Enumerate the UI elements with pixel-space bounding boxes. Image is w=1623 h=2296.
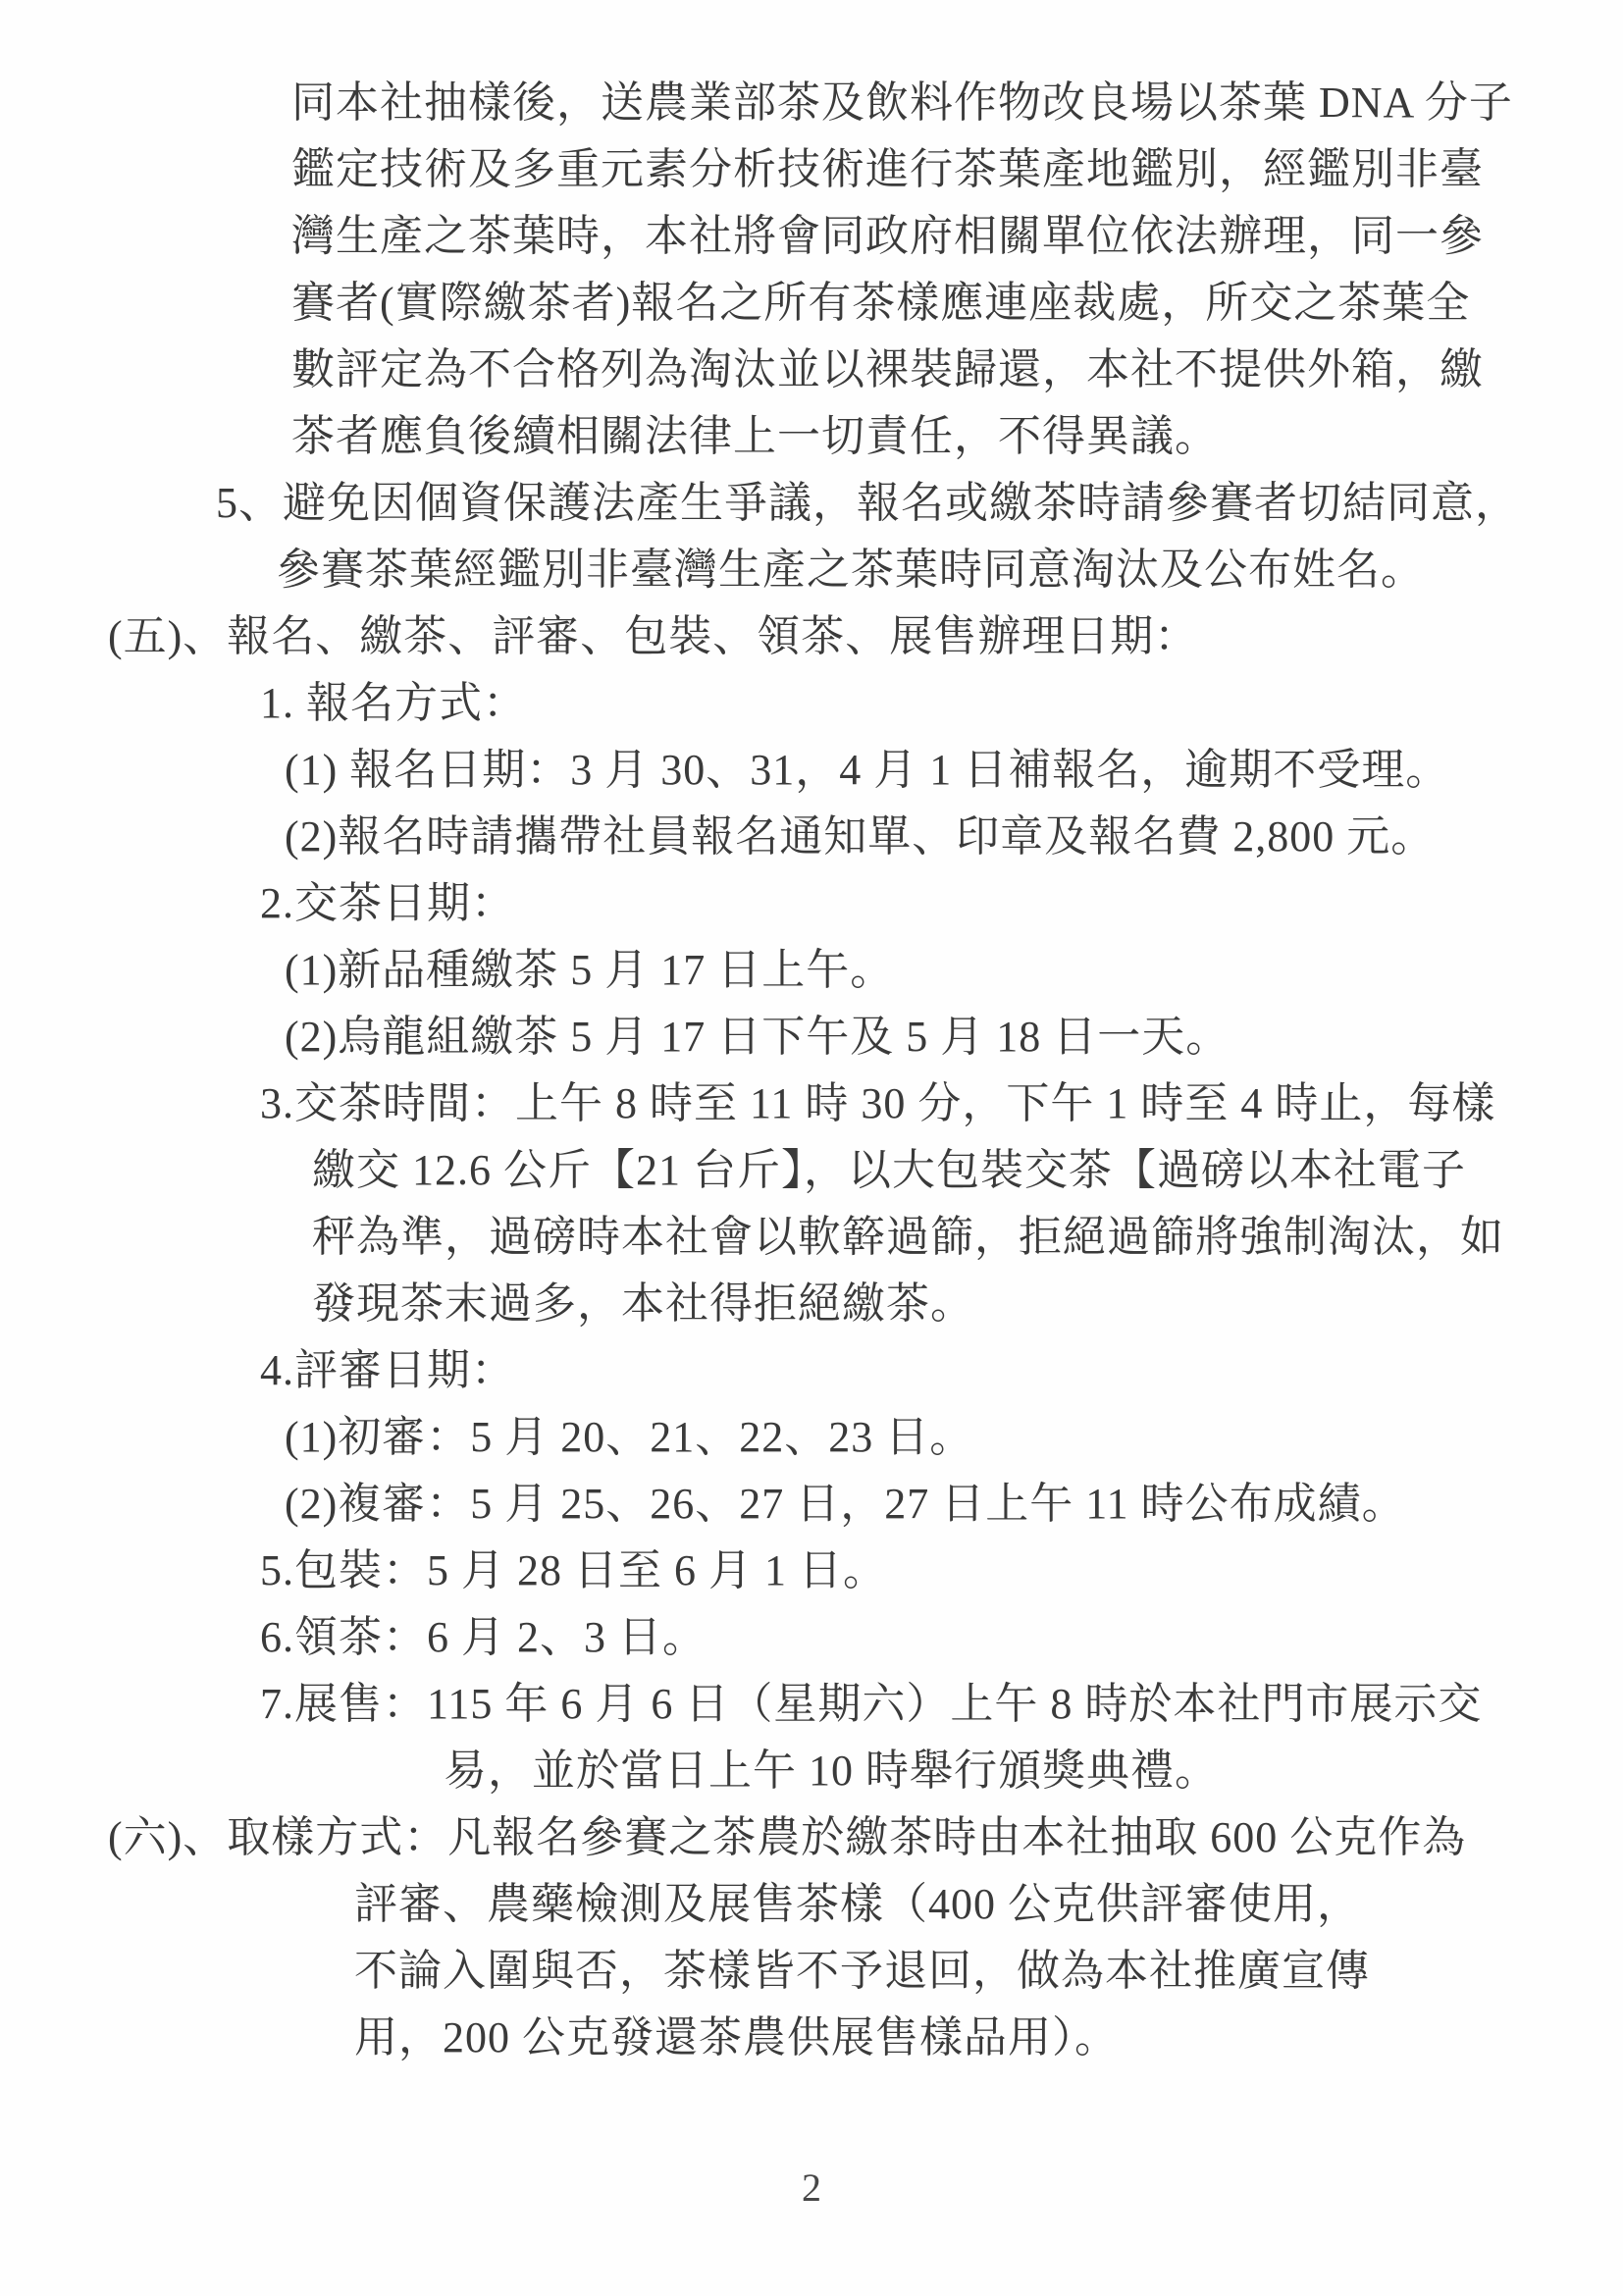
text-line: 數評定為不合格列為淘汰並以裸裝歸還，本社不提供外箱，繳 xyxy=(291,337,1623,403)
text-line: 秤為準，過磅時本社會以軟簳過篩，拒絕過篩將強制淘汰，如 xyxy=(312,1204,1623,1271)
sub-item: (2)複審：5 月 25、26、27 日，27 日上午 11 時公布成績。 xyxy=(285,1471,1623,1538)
list-item-4: 4.評審日期： xyxy=(260,1337,1623,1404)
list-item-5: 5、避免因個資保護法產生爭議，報名或繳茶時請參賽者切結同意， xyxy=(216,470,1623,537)
text-line: 用，200 公克發還茶農供展售樣品用）。 xyxy=(354,2005,1623,2071)
list-item-3: 3.交茶時間：上午 8 時至 11 時 30 分，下午 1 時至 4 時止，每樣 xyxy=(260,1070,1623,1137)
text-line: 同本社抽樣後，送農業部茶及飲料作物改良場以茶葉 DNA 分子 xyxy=(291,70,1623,136)
list-item-6: 6.領茶：6 月 2、3 日。 xyxy=(260,1604,1623,1671)
document-text-block: 同本社抽樣後，送農業部茶及飲料作物改良場以茶葉 DNA 分子 鑑定技術及多重元素… xyxy=(0,70,1623,2071)
document-page: 同本社抽樣後，送農業部茶及飲料作物改良場以茶葉 DNA 分子 鑑定技術及多重元素… xyxy=(0,0,1623,2296)
text-line: 繳交 12.6 公斤【21 台斤】，以大包裝交茶【過磅以本社電子 xyxy=(312,1137,1623,1204)
list-item-7: 7.展售：115 年 6 月 6 日（星期六）上午 8 時於本社門市展示交 xyxy=(260,1671,1623,1738)
section-heading-5: (五)、報名、繳茶、評審、包裝、領茶、展售辦理日期： xyxy=(108,603,1623,670)
sub-item: (1)新品種繳茶 5 月 17 日上午。 xyxy=(285,937,1623,1004)
text-line: 賽者(實際繳茶者)報名之所有茶樣應連座裁處，所交之茶葉全 xyxy=(291,270,1623,337)
text-line: 鑑定技術及多重元素分析技術進行茶葉產地鑑別，經鑑別非臺 xyxy=(291,136,1623,203)
sub-item: (2)烏龍組繳茶 5 月 17 日下午及 5 月 18 日一天。 xyxy=(285,1004,1623,1070)
section-heading-6: (六)、取樣方式：凡報名參賽之茶農於繳茶時由本社抽取 600 公克作為 xyxy=(108,1804,1623,1871)
text-line: 灣生產之茶葉時，本社將會同政府相關單位依法辦理，同一參 xyxy=(291,203,1623,270)
list-item-2: 2.交茶日期： xyxy=(260,870,1623,937)
sub-item: (2)報名時請攜帶社員報名通知單、印章及報名費 2,800 元。 xyxy=(285,804,1623,870)
page-number: 2 xyxy=(0,2164,1623,2213)
sub-item: (1)初審：5 月 20、21、22、23 日。 xyxy=(285,1404,1623,1471)
text-line: 參賽茶葉經鑑別非臺灣生產之茶葉時同意淘汰及公布姓名。 xyxy=(277,537,1623,603)
sub-item: (1) 報名日期：3 月 30、31，4 月 1 日補報名，逾期不受理。 xyxy=(285,737,1623,804)
text-line: 易，並於當日上午 10 時舉行頒獎典禮。 xyxy=(444,1738,1623,1804)
list-item-5-packaging: 5.包裝：5 月 28 日至 6 月 1 日。 xyxy=(260,1538,1623,1604)
text-line: 茶者應負後續相關法律上一切責任，不得異議。 xyxy=(291,403,1623,470)
list-item-1: 1. 報名方式： xyxy=(260,670,1623,737)
text-line: 評審、農藥檢測及展售茶樣（400 公克供評審使用， xyxy=(354,1871,1623,1938)
text-line: 發現茶末過多，本社得拒絕繳茶。 xyxy=(312,1271,1623,1337)
text-line: 不論入圍與否，茶樣皆不予退回，做為本社推廣宣傳 xyxy=(354,1938,1623,2005)
